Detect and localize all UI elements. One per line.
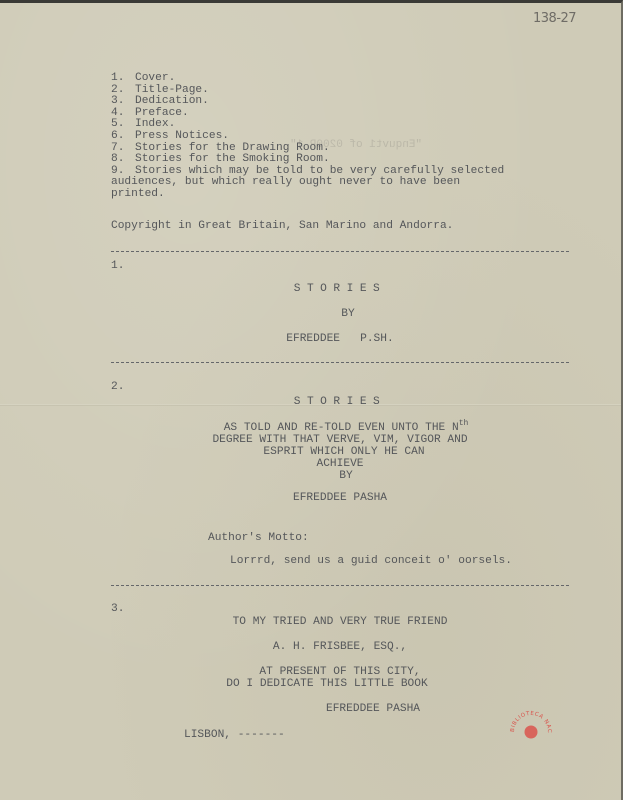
author-motto: Lorrrd, send us a guid conceit o' oorsel… — [230, 556, 512, 567]
cover-title: STORIES — [111, 284, 569, 295]
dedication-line: AT PRESENT OF THIS CITY, — [111, 667, 569, 678]
cover-by: BY — [111, 309, 577, 320]
title-page-subtitle: ESPRIT WHICH ONLY HE CAN — [111, 447, 573, 458]
dedication-line: DO I DEDICATE THIS LITTLE BOOK — [98, 679, 556, 690]
dedication-signature: EFREDDEE PASHA — [326, 704, 420, 715]
dashed-divider — [111, 251, 569, 252]
toc-item-continuation: audiences, but which really ought never … — [111, 177, 504, 189]
dedicatee-name: A. H. FRISBEE, ESQ., — [111, 642, 569, 653]
copyright-notice: Copyright in Great Britain, San Marino a… — [111, 221, 453, 232]
dedication-line: TO MY TRIED AND VERY TRUE FRIEND — [111, 617, 569, 628]
section-number: 1. — [111, 261, 124, 272]
motto-label: Author's Motto: — [208, 533, 309, 544]
library-stamp-icon: BIBLIOTECA NACIONAL — [508, 706, 554, 744]
dashed-divider — [111, 585, 569, 586]
title-page-subtitle: AS TOLD AND RE-TOLD EVEN UNTO THE Nth — [111, 423, 575, 434]
section-number: 3. — [111, 604, 124, 615]
document-page: 138-27 "Enquvt1 of 0200P 1" 1.Cover. 2.T… — [0, 0, 623, 800]
dashed-divider — [111, 362, 569, 363]
archive-number: 138-27 — [533, 13, 576, 24]
dedication-place: LISBON, ------- — [184, 730, 285, 741]
section-number: 2. — [111, 382, 124, 393]
title-page-subtitle: DEGREE WITH THAT VERVE, VIM, VIGOR AND — [111, 435, 569, 446]
cover-author: EFREDDEE P.SH. — [111, 334, 569, 345]
table-of-contents: 1.Cover. 2.Title-Page. 3.Dedication. 4.P… — [111, 73, 504, 201]
toc-item-continuation: printed. — [111, 189, 504, 201]
title-page-by: BY — [111, 471, 575, 482]
title-page-subtitle: ACHIEVE — [111, 459, 569, 470]
title-page-author: EFREDDEE PASHA — [111, 493, 569, 504]
title-page-title: STORIES — [111, 397, 569, 408]
